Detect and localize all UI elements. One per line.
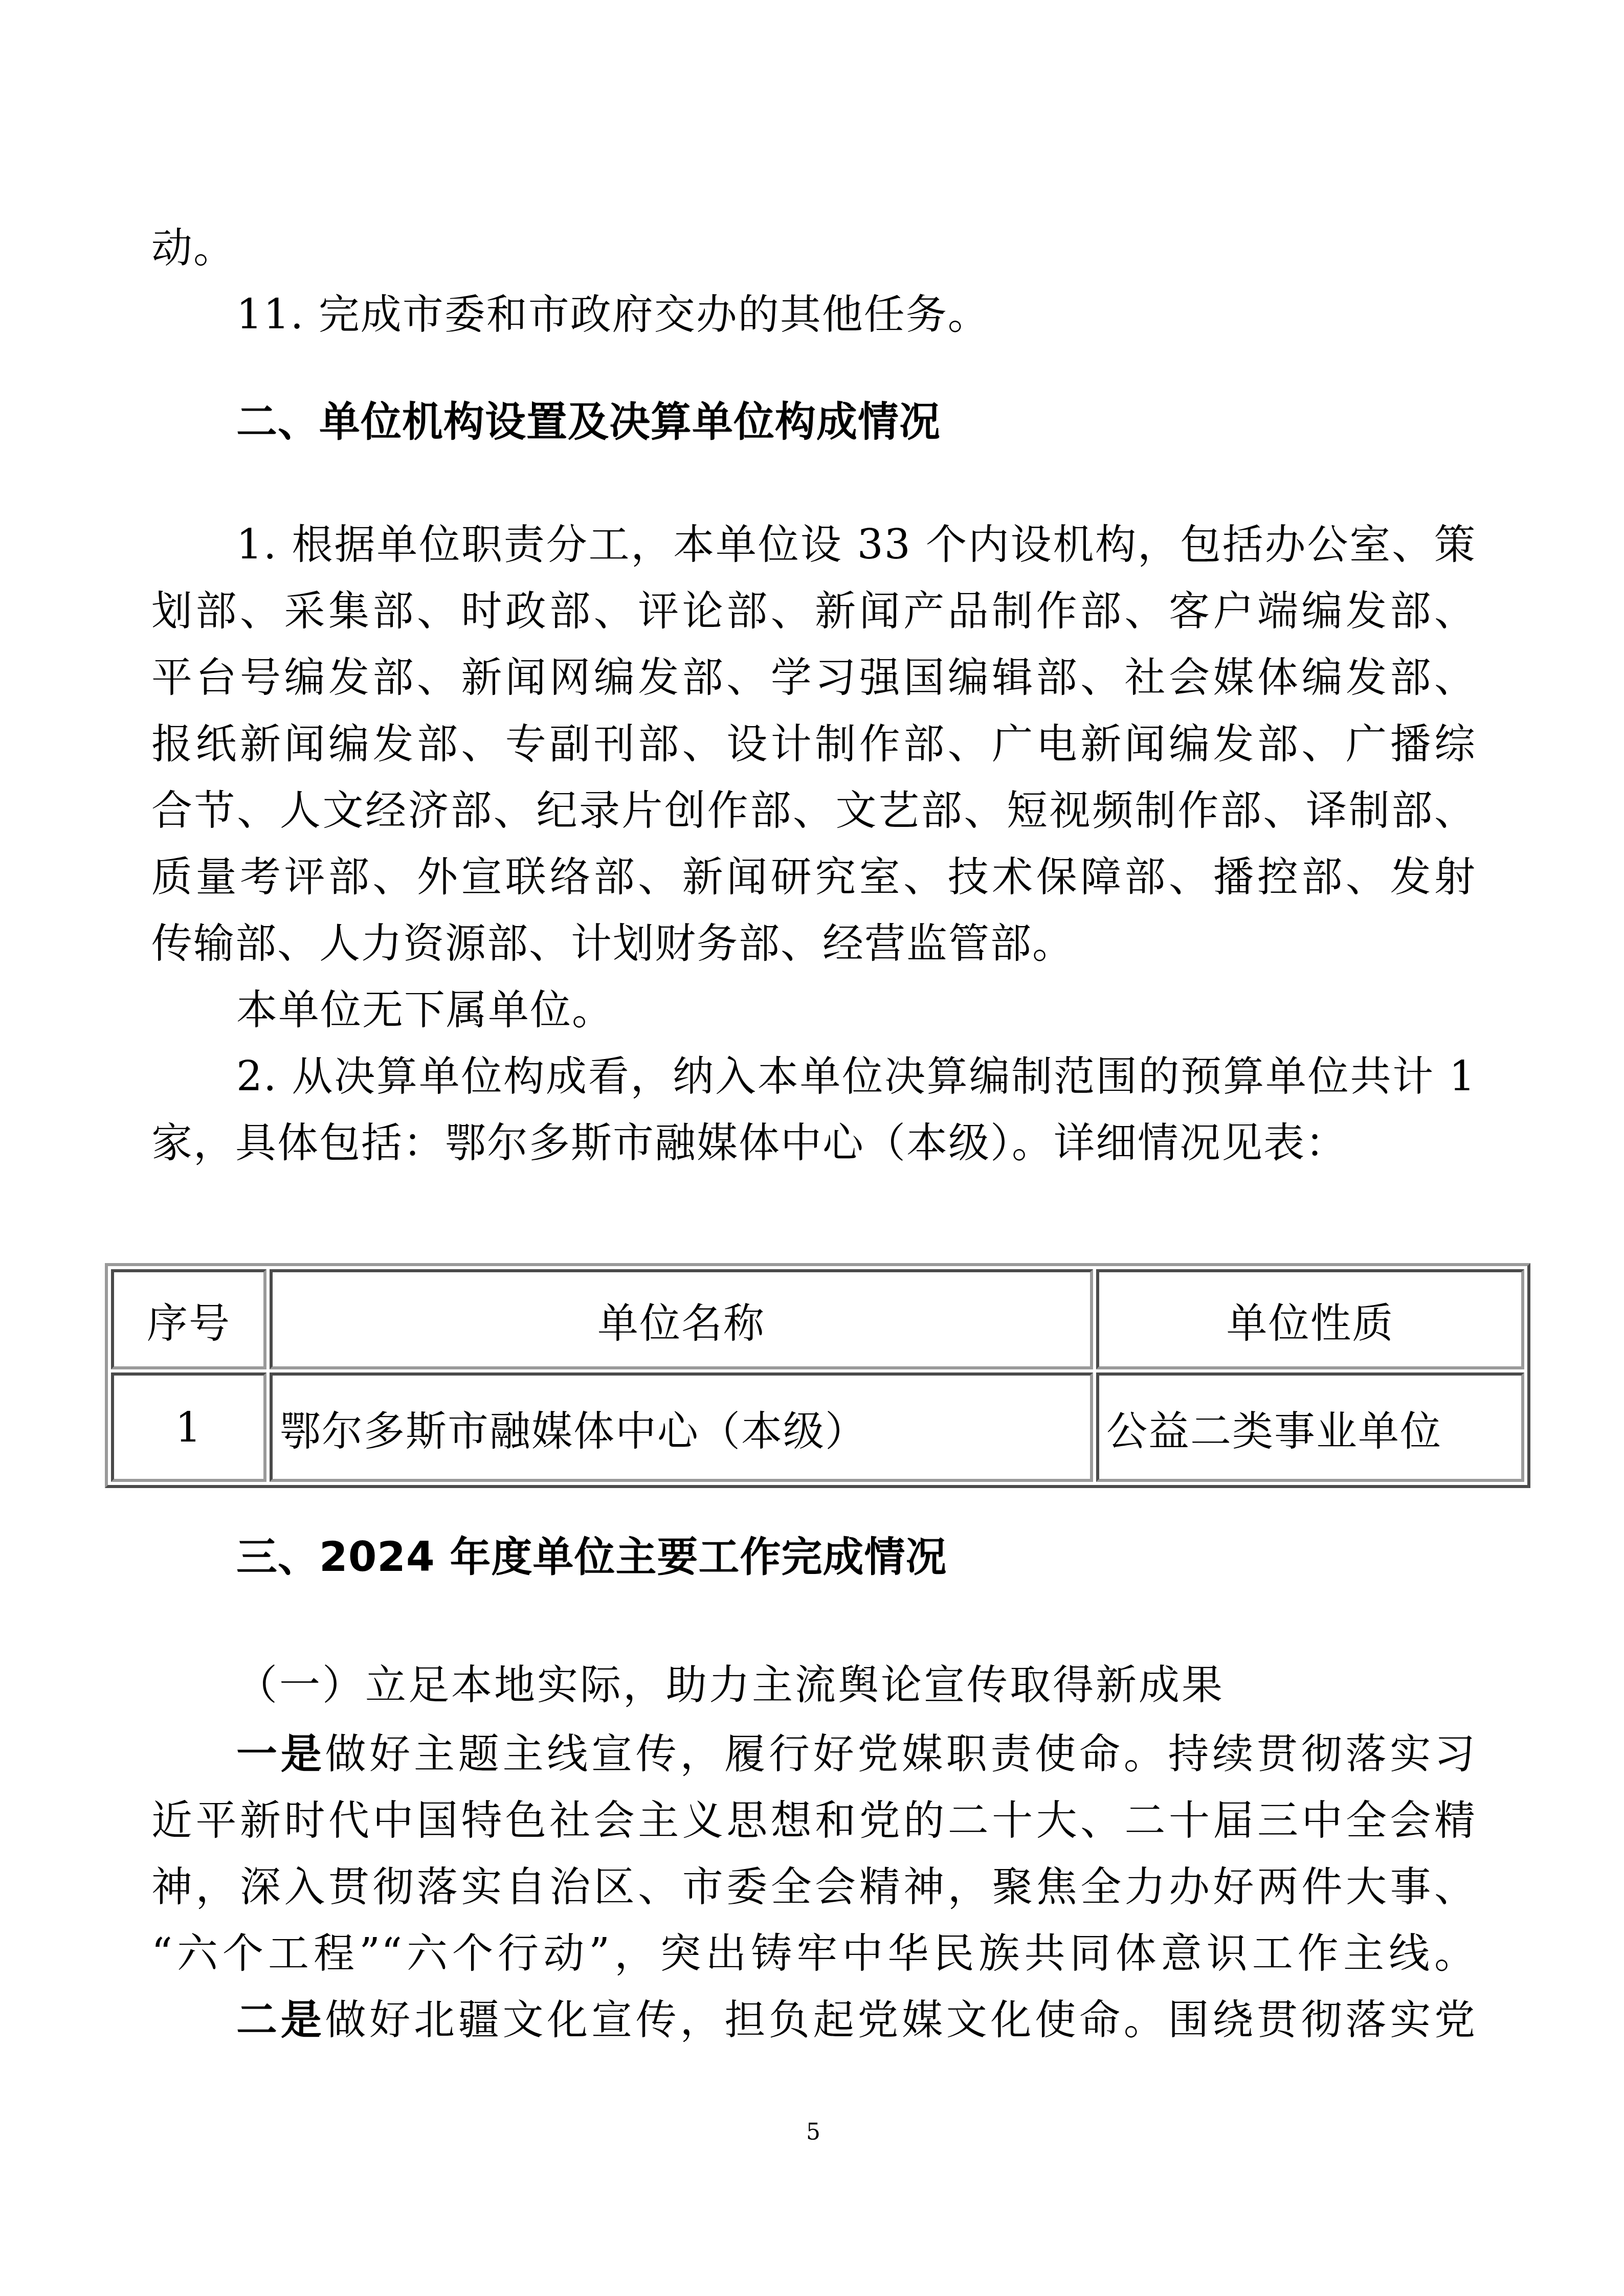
item-11: 11. 完成市委和市政府交办的其他任务。	[236, 289, 1476, 340]
point-2-first-line: 二是做好北疆文化宣传，担负起党媒文化使命。围绕贯彻落实党	[236, 1994, 1476, 2045]
para-2-line: 2. 从决算单位构成看，纳入本单位决算编制范围的预算单位共计 1	[236, 1051, 1476, 1102]
para-1-line: 1. 根据单位职责分工，本单位设 33 个内设机构，包括办公室、策	[236, 519, 1476, 570]
para-2-line: 家，具体包括：鄂尔多斯市融媒体中心（本级）。详细情况见表：	[151, 1117, 1476, 1168]
table-cell-unit-name: 鄂尔多斯市融媒体中心（本级）	[270, 1372, 1093, 1482]
section-3-subheading-1: （一）立足本地实际，助力主流舆论宣传取得新成果	[236, 1659, 1225, 1710]
table-cell-unit-type: 公益二类事业单位	[1096, 1372, 1524, 1482]
section-2-heading: 二、单位机构设置及决算单位构成情况	[236, 396, 941, 447]
point-1-line: “六个工程”“六个行动”，突出铸牢中华民族共同体意识工作主线。	[151, 1928, 1476, 1979]
point-2-text: 做好北疆文化宣传，担负起党媒文化使命。围绕贯彻落实党	[325, 1996, 1476, 2043]
continuation-line: 动。	[151, 222, 1476, 274]
para-1-line: 传输部、人力资源部、计划财务部、经营监管部。	[151, 918, 1476, 969]
para-1-line: 平台号编发部、新闻网编发部、学习强国编辑部、社会媒体编发部、	[151, 652, 1476, 703]
budget-unit-table: 序号 单位名称 单位性质 1 鄂尔多斯市融媒体中心（本级） 公益二类事业单位	[105, 1263, 1530, 1488]
point-1-lead: 一是	[236, 1730, 325, 1777]
table-header-index: 序号	[111, 1269, 266, 1369]
table-header-unit-type: 单位性质	[1096, 1269, 1524, 1369]
point-1-first-line: 一是做好主题主线宣传，履行好党媒职责使命。持续贯彻落实习	[236, 1728, 1476, 1780]
table-cell-index: 1	[111, 1372, 266, 1482]
para-1-line: 质量考评部、外宣联络部、新闻研究室、技术保障部、播控部、发射	[151, 851, 1476, 903]
document-page: 动。 11. 完成市委和市政府交办的其他任务。 二、单位机构设置及决算单位构成情…	[0, 0, 1624, 2296]
table-header-unit-name: 单位名称	[270, 1269, 1093, 1369]
section-3-heading: 三、2024 年度单位主要工作完成情况	[236, 1532, 947, 1583]
point-1-line: 近平新时代中国特色社会主义思想和党的二十大、二十届三中全会精	[151, 1795, 1476, 1846]
page-number: 5	[798, 2117, 829, 2148]
point-1-text: 做好主题主线宣传，履行好党媒职责使命。持续贯彻落实习	[325, 1730, 1476, 1777]
para-1-line: 划部、采集部、时政部、评论部、新闻产品制作部、客户端编发部、	[151, 586, 1476, 637]
no-subordinate-note: 本单位无下属单位。	[236, 984, 1476, 1036]
point-2-lead: 二是	[236, 1996, 325, 2043]
para-1-line: 报纸新闻编发部、专副刊部、设计制作部、广电新闻编发部、广播综	[151, 718, 1476, 770]
point-1-line: 神，深入贯彻落实自治区、市委全会精神，聚焦全力办好两件大事、	[151, 1861, 1476, 1912]
para-1-line: 合节、人文经济部、纪录片创作部、文艺部、短视频制作部、译制部、	[151, 785, 1476, 836]
